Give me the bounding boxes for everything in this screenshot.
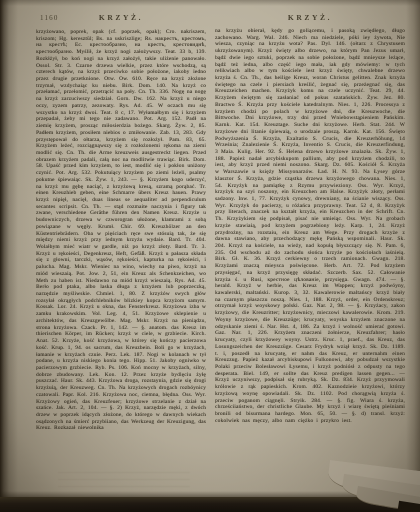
running-head-left: KRZYŻ. bbox=[36, 13, 206, 22]
text-column-right: na krzyżu obierał, kędy go goliącemu, i … bbox=[215, 28, 405, 471]
running-head-right: KRZYŻ. bbox=[215, 13, 405, 22]
book-edge-dark-band bbox=[0, 497, 420, 512]
ink-showthrough-smudge bbox=[58, 470, 190, 487]
scanned-book-page: 1160 KRZYŻ. KRZYŻ. krzyżowano, poprek, o… bbox=[0, 0, 420, 512]
text-column-left: krzyżowano, poprek, opak (cf. poprzek, o… bbox=[36, 29, 206, 466]
page-edge-shadow-top bbox=[0, 0, 420, 6]
page-edge-shadow-right bbox=[406, 0, 420, 512]
binding-shadow-left bbox=[0, 0, 18, 512]
page-paper: 1160 KRZYŻ. KRZYŻ. krzyżowano, poprek, o… bbox=[0, 0, 420, 512]
